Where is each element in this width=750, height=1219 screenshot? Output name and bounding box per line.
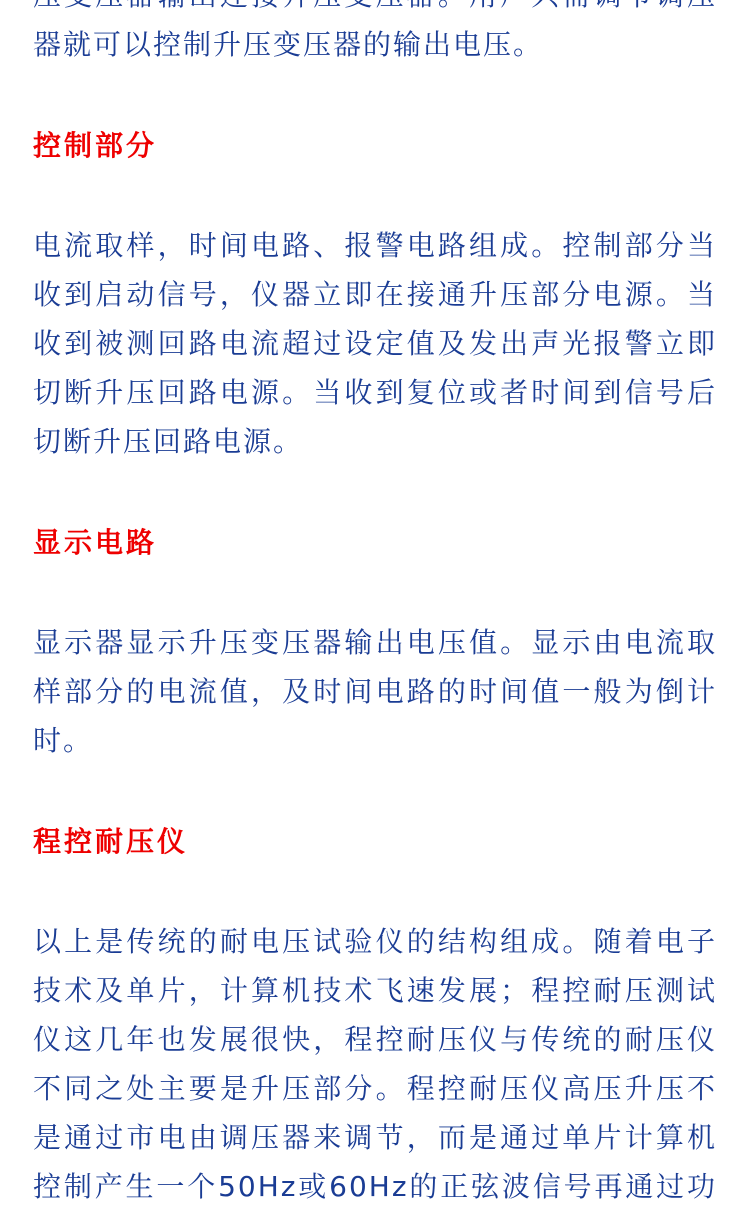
article: 压变压器输出连接升压变压器。用户只需调节调压器就可以控制升压变压器的输出电压。控… bbox=[0, 0, 750, 1211]
paragraph-line: 技术及单片，计算机技术飞速发展；程控耐压测试 bbox=[33, 966, 717, 1015]
paragraph-line: 不同之处主要是升压部分。程控耐压仪高压升压不 bbox=[33, 1064, 717, 1113]
paragraph-line: 收到启动信号，仪器立即在接通升压部分电源。当 bbox=[33, 270, 717, 319]
paragraph-line: 仪这几年也发展很快，程控耐压仪与传统的耐压仪 bbox=[33, 1015, 717, 1064]
section-heading: 程控耐压仪 bbox=[33, 817, 717, 866]
paragraph: 压变压器输出连接升压变压器。用户只需调节调压器就可以控制升压变压器的输出电压。 bbox=[33, 0, 717, 69]
paragraph-line: 样部分的电流值，及时间电路的时间值一般为倒计 bbox=[33, 667, 717, 716]
section-heading: 控制部分 bbox=[33, 121, 717, 170]
paragraph-line: 器就可以控制升压变压器的输出电压。 bbox=[33, 20, 717, 69]
paragraph-line: 以上是传统的耐电压试验仪的结构组成。随着电子 bbox=[33, 917, 717, 966]
paragraph: 电流取样，时间电路、报警电路组成。控制部分当收到启动信号，仪器立即在接通升压部分… bbox=[33, 221, 717, 466]
paragraph-line: 时。 bbox=[33, 716, 717, 765]
paragraph-line: 切断升压回路电源。当收到复位或者时间到信号后 bbox=[33, 368, 717, 417]
paragraph: 以上是传统的耐电压试验仪的结构组成。随着电子技术及单片，计算机技术飞速发展；程控… bbox=[33, 917, 717, 1211]
paragraph-line: 控制产生一个50Hz或60Hz的正弦波信号再通过功 bbox=[33, 1162, 717, 1211]
document-page: { "page": { "colors": { "background": "#… bbox=[0, 0, 750, 1219]
section-heading: 显示电路 bbox=[33, 518, 717, 567]
paragraph-line: 压变压器输出连接升压变压器。用户只需调节调压 bbox=[33, 0, 717, 20]
paragraph-line: 是通过市电由调压器来调节，而是通过单片计算机 bbox=[33, 1113, 717, 1162]
paragraph-line: 收到被测回路电流超过设定值及发出声光报警立即 bbox=[33, 319, 717, 368]
paragraph-line: 显示器显示升压变压器输出电压值。显示由电流取 bbox=[33, 618, 717, 667]
paragraph-line: 电流取样，时间电路、报警电路组成。控制部分当 bbox=[33, 221, 717, 270]
paragraph: 显示器显示升压变压器输出电压值。显示由电流取样部分的电流值，及时间电路的时间值一… bbox=[33, 618, 717, 765]
paragraph-line: 切断升压回路电源。 bbox=[33, 417, 717, 466]
